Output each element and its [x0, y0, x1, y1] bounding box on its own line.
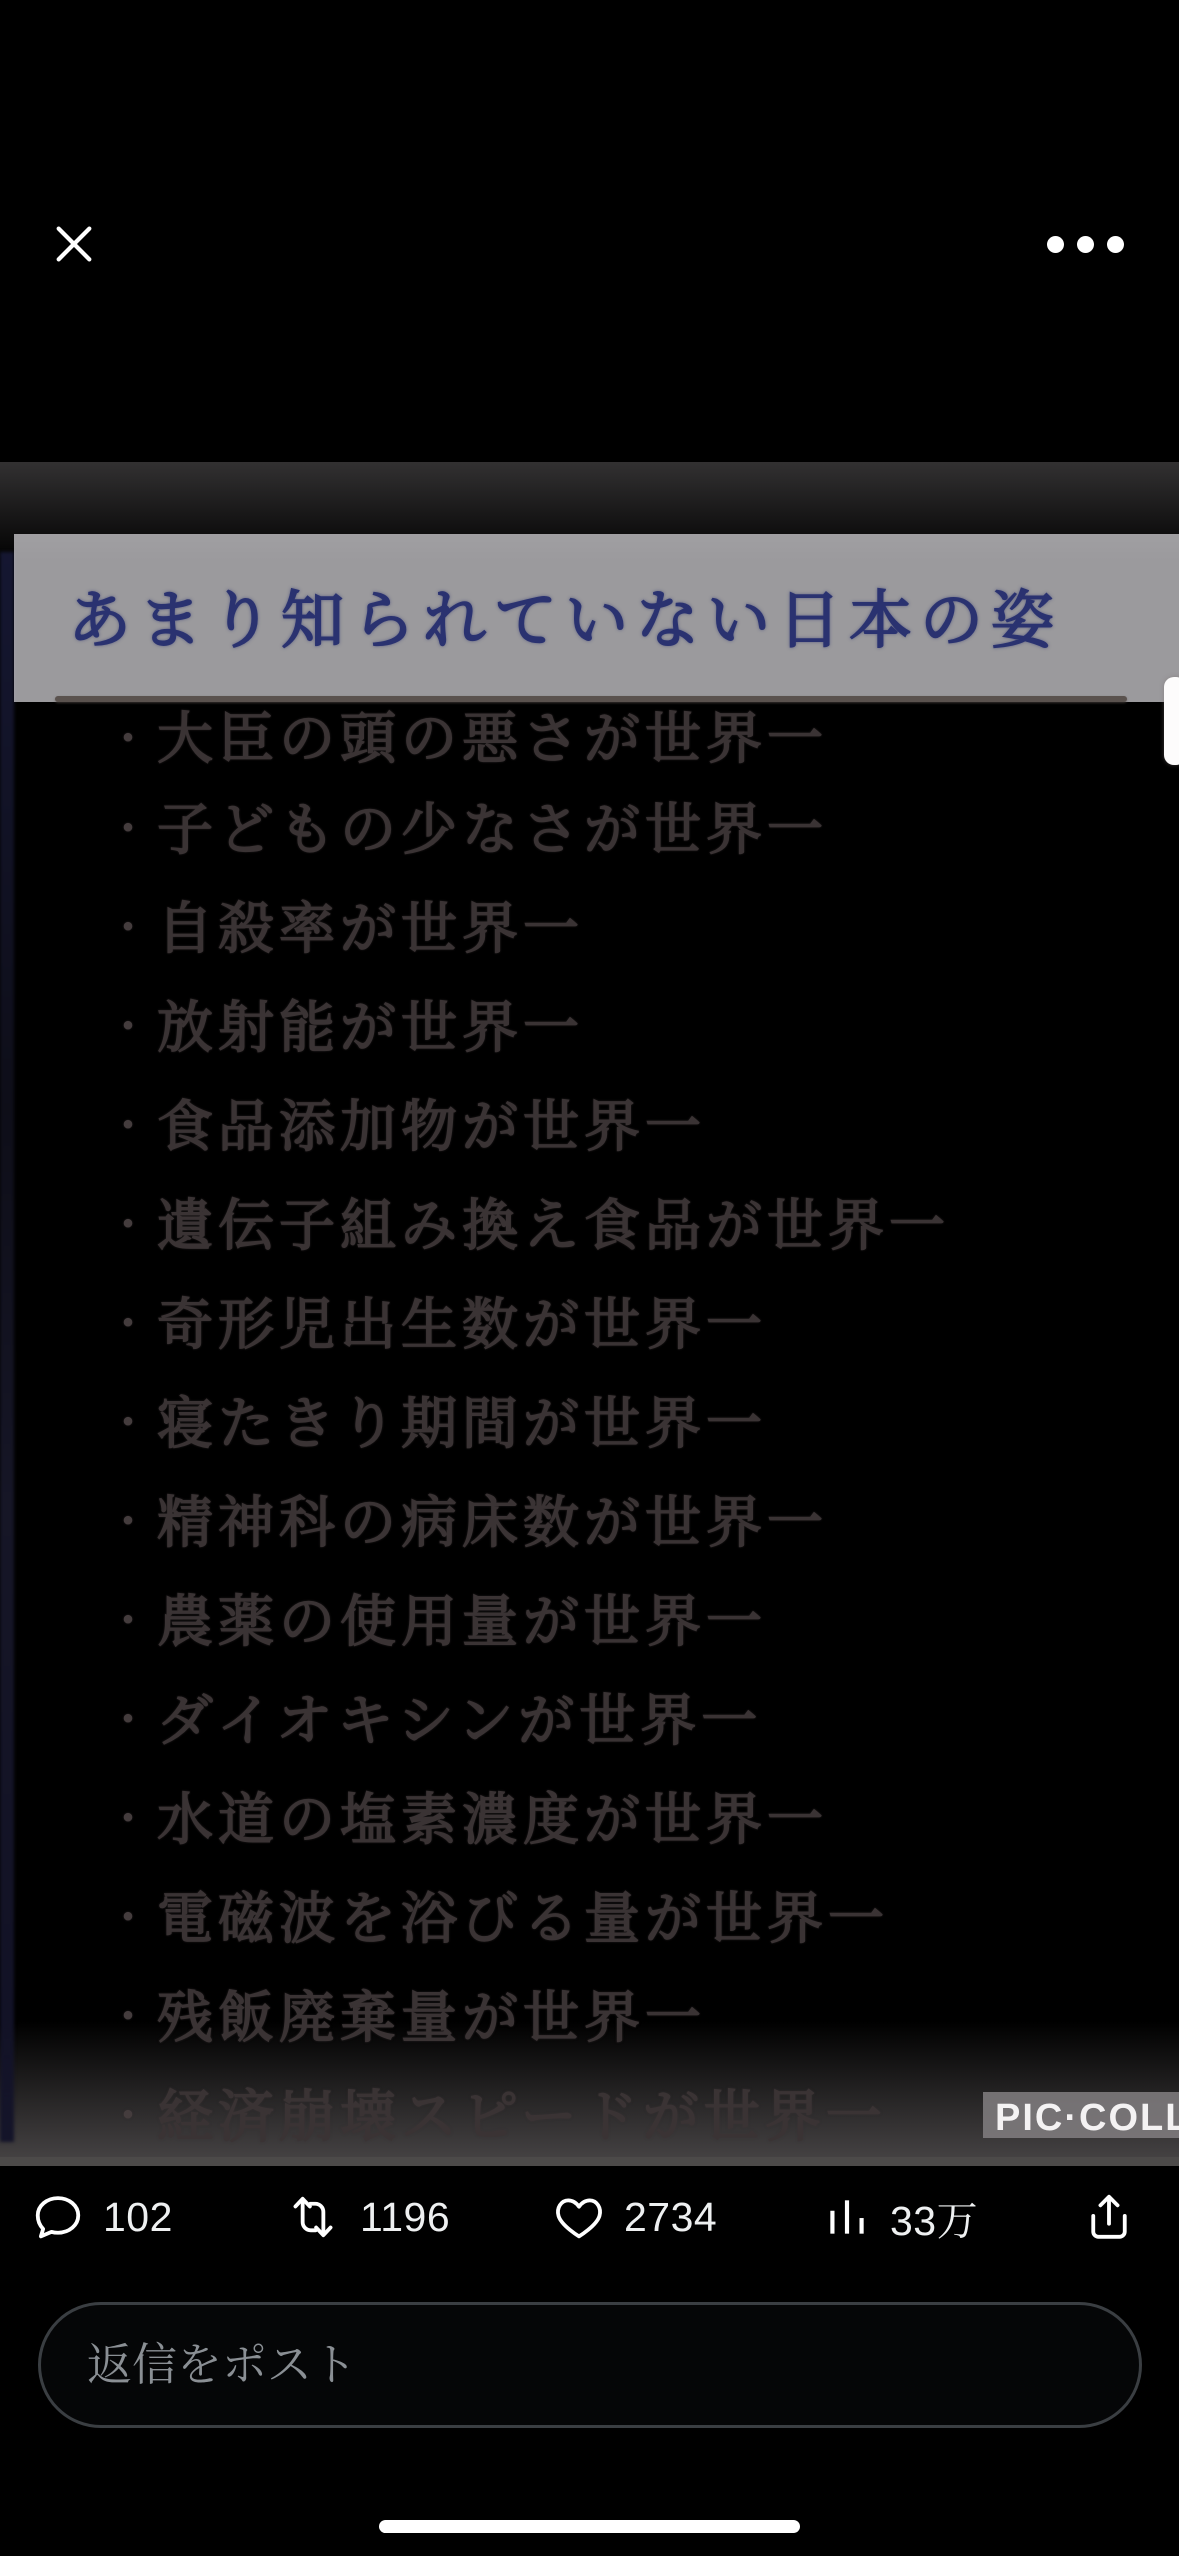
like-button[interactable]: 2734	[552, 2186, 717, 2248]
tweet-image[interactable]: あまり知られていない日本の姿 PIC·COLLAG ・ 大臣の頭の悪さが世界一 …	[0, 462, 1179, 2157]
image-list-text: 水道の塩素濃度が世界一	[157, 1776, 828, 1856]
bullet-glyph: ・	[108, 995, 153, 1052]
image-list-text: 寝たきり期間が世界一	[157, 1380, 767, 1460]
media-viewer-screen: あまり知られていない日本の姿 PIC·COLLAG ・ 大臣の頭の悪さが世界一 …	[0, 0, 1179, 2556]
bullet-glyph: ・	[108, 1490, 153, 1547]
image-list-line: ・ ダイオキシンが世界一	[108, 1667, 1179, 1766]
image-list-line: ・ 水道の塩素濃度が世界一	[108, 1766, 1179, 1865]
image-list-text: 遺伝子組み換え食品が世界一	[157, 1182, 950, 1262]
image-list-line: ・ 残飯廃棄量が世界一	[108, 1964, 1179, 2063]
bullet-glyph: ・	[108, 1886, 153, 1943]
bullet-glyph: ・	[108, 797, 153, 854]
views-button[interactable]: 33万	[822, 2186, 978, 2248]
image-list-text: 残飯廃棄量が世界一	[157, 1974, 706, 2054]
image-list-text: ダイオキシンが世界一	[157, 1677, 762, 1757]
reply-icon	[31, 2190, 85, 2244]
image-list-line: ・ 農薬の使用量が世界一	[108, 1568, 1179, 1667]
close-icon	[51, 221, 97, 267]
image-list-line: ・ 食品添加物が世界一	[108, 1073, 1179, 1172]
image-bullet-list: ・ 大臣の頭の悪さが世界一 ・ 子どもの少なさが世界一 ・ 自殺率が世界一 ・ …	[108, 694, 1179, 2157]
image-left-dark-edge	[0, 552, 14, 2142]
reply-input[interactable]	[41, 2305, 1139, 2425]
more-icon	[1047, 236, 1064, 253]
bullet-glyph: ・	[108, 1292, 153, 1349]
home-indicator[interactable]	[379, 2520, 800, 2533]
bullet-glyph: ・	[108, 707, 153, 764]
image-list-line: ・ 寝たきり期間が世界一	[108, 1370, 1179, 1469]
views-icon	[822, 2190, 872, 2244]
more-options-button[interactable]	[1040, 215, 1130, 273]
bullet-glyph: ・	[108, 1193, 153, 1250]
image-list-line: ・ 子どもの少なさが世界一	[108, 776, 1179, 875]
bullet-glyph: ・	[108, 2084, 153, 2141]
bullet-glyph: ・	[108, 1391, 153, 1448]
bullet-glyph: ・	[108, 1985, 153, 2042]
image-list-text: 農薬の使用量が世界一	[157, 1578, 767, 1658]
image-list-text: 大臣の頭の悪さが世界一	[157, 695, 828, 775]
reply-composer[interactable]	[38, 2302, 1142, 2428]
repost-icon	[284, 2190, 342, 2244]
bullet-glyph: ・	[108, 1688, 153, 1745]
image-title-text: あまり知られていない日本の姿	[68, 570, 1168, 661]
image-list-line: ・ 自殺率が世界一	[108, 875, 1179, 974]
image-list-line: ・ 精神科の病床数が世界一	[108, 1469, 1179, 1568]
image-list-text: 精神科の病床数が世界一	[157, 1479, 828, 1559]
image-list-text: 電磁波を浴びる量が世界一	[157, 1875, 889, 1955]
bullet-glyph: ・	[108, 1094, 153, 1151]
reply-button[interactable]: 102	[31, 2186, 173, 2248]
viewer-topbar	[0, 0, 1179, 462]
bullet-glyph: ・	[108, 1787, 153, 1844]
close-button[interactable]	[45, 215, 103, 273]
image-list-text: 自殺率が世界一	[157, 885, 584, 965]
like-count: 2734	[624, 2194, 717, 2241]
image-list-text: 子どもの少なさが世界一	[157, 786, 828, 866]
image-list-text: 食品添加物が世界一	[157, 1083, 706, 1163]
image-list-text: 経済崩壊スピードが世界一	[157, 2073, 887, 2153]
image-list-line: ・ 奇形児出生数が世界一	[108, 1271, 1179, 1370]
image-list-text: 奇形児出生数が世界一	[157, 1281, 767, 1361]
share-icon	[1082, 2190, 1136, 2244]
image-list-line: ・ 放射能が世界一	[108, 974, 1179, 1073]
image-list-line: ・ 経済崩壊スピードが世界一	[108, 2063, 1179, 2157]
bullet-glyph: ・	[108, 1589, 153, 1646]
image-list-line: ・ 電磁波を浴びる量が世界一	[108, 1865, 1179, 1964]
image-bottom-edge	[0, 2157, 1179, 2166]
image-list-line: ・ 遺伝子組み換え食品が世界一	[108, 1172, 1179, 1271]
reply-count: 102	[103, 2194, 173, 2241]
share-button[interactable]	[1082, 2186, 1136, 2248]
views-count: 33万	[890, 2188, 978, 2247]
repost-count: 1196	[360, 2194, 450, 2241]
like-icon	[552, 2190, 606, 2244]
tweet-action-bar: 102 1196 2734	[0, 2166, 1179, 2286]
repost-button[interactable]: 1196	[284, 2186, 450, 2248]
image-list-line: ・ 大臣の頭の悪さが世界一	[108, 694, 1179, 776]
image-list-text: 放射能が世界一	[157, 984, 584, 1064]
bullet-glyph: ・	[108, 896, 153, 953]
